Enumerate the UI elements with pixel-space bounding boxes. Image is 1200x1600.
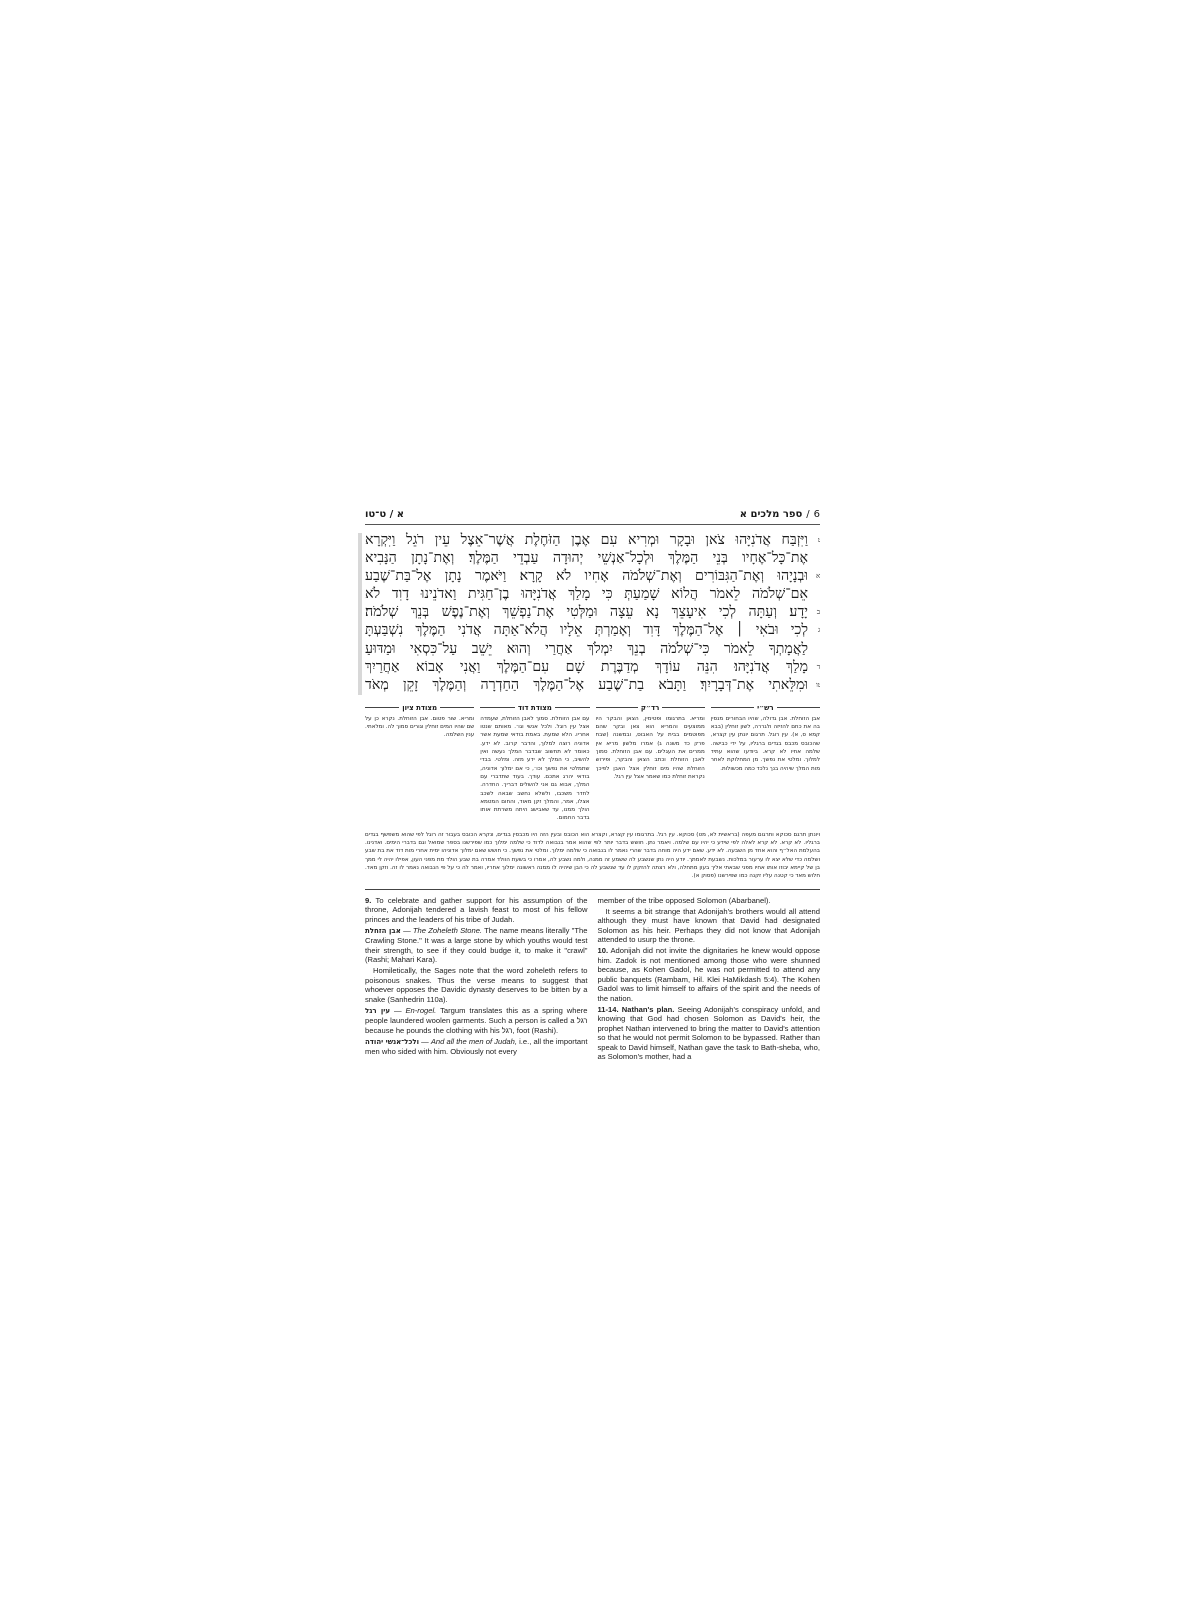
verse-text: אֶת־כָּל־אֶחָיו בְּנֵי הַמֶּלֶךְ וּלְכָל… — [365, 550, 808, 566]
verse-text: אֵם־שְׁלֹמֹה לֵאמֹר הֲלוֹא שָׁמַעַתְּ כִ… — [365, 586, 808, 602]
margin-bar — [358, 533, 362, 695]
verse-text: לַאֲמָתְךָ לֵאמֹר כִּי־שְׁלֹמֹה בְנֵךְ י… — [365, 641, 808, 657]
english-commentary: 9. To celebrate and gather support for h… — [365, 896, 820, 1064]
separator: / — [806, 509, 809, 520]
verse-line: יאֶת־כָּל־אֶחָיו בְּנֵי הַמֶּלֶךְ וּלְכָ… — [365, 549, 820, 567]
radak-commentary: ומריא. בתרגומו ופטימין, הצאן והבקר היו מ… — [596, 715, 705, 829]
radak-continuation: ויונתן תרגם סכוקא ותרגום מעפה (בראשית לא… — [365, 831, 820, 881]
note-11-14: 11-14. Nathan's plan. Seeing Adonijah's … — [598, 1005, 821, 1062]
chapter-verse-ref: א / ט־טו — [365, 509, 404, 520]
verse-number: טו — [816, 676, 820, 694]
verse-text: וּבְנָיָהוּ וְאֶת־הַגִּבּוֹרִים וְאֶת־שְ… — [365, 568, 808, 584]
note-men-of-judah: ולכל־אנשי יהודה — And all the men of Jud… — [365, 1037, 588, 1057]
book-title: ספר מלכים א — [740, 509, 803, 520]
note-homiletic: Homiletically, the Sages note that the w… — [365, 966, 588, 1004]
verse-text: מָלַךְ אֲדֹנִיָּהוּ׃ הִנֵּה עוֹדָךְ מְדַ… — [365, 659, 808, 675]
heading-radak: רד״ק — [596, 704, 705, 712]
verse-line: טוַיִּזְבַּח אֲדֹנִיָּהוּ צֹאן וּבָקָר ו… — [365, 531, 820, 549]
note-en-rogel: עין רגל — En-rogel. Targum translates th… — [365, 1006, 588, 1036]
heading-metzudat-david: מצודת דוד — [480, 704, 589, 712]
verse-text: יָדָע׃ וְעַתָּה לְכִי אִיעָצֵךְ נָא עֵצָ… — [365, 604, 808, 620]
book-page: א / ט־טו 6 / ספר מלכים א טוַיִּזְבַּח אֲ… — [365, 500, 820, 1063]
divider — [365, 889, 820, 890]
verse-line: יביָדָע׃ וְעַתָּה לְכִי אִיעָצֵךְ נָא עֵ… — [365, 603, 820, 621]
verse-number: יד — [817, 658, 820, 676]
note-10: 10. Adonijah did not invite the dignitar… — [598, 946, 821, 1003]
verse-range: ט־טו — [365, 509, 386, 520]
verse-text: וּמִלֵּאתִי אֶת־דְּבָרָיִךְ׃ וַתָּבֹא בַ… — [365, 677, 808, 693]
note-continuation: member of the tribe opposed Solomon (Aba… — [598, 896, 821, 906]
metzudat-david-commentary: עם אבן הזוחלת. סמוך לאבן הזוחלת, שעמדה א… — [480, 715, 589, 829]
verse-number: יב — [817, 603, 820, 621]
heading-rashi: רש״י — [711, 704, 820, 712]
verse-number: ט — [818, 531, 820, 549]
note-zoheleth: אבן הזחלת — The Zoheleth Stone. The name… — [365, 926, 588, 965]
running-head: א / ט־טו 6 / ספר מלכים א — [365, 500, 820, 525]
verse-line: אֵם־שְׁלֹמֹה לֵאמֹר הֲלוֹא שָׁמַעַתְּ כִ… — [365, 585, 820, 603]
page-title: 6 / ספר מלכים א — [740, 509, 820, 520]
scripture-text: טוַיִּזְבַּח אֲדֹנִיָּהוּ צֹאן וּבָקָר ו… — [365, 531, 820, 694]
heading-metzudat-tzion: מצודת ציון — [365, 704, 474, 712]
page-number: 6 — [814, 509, 820, 520]
verse-line: יאוּבְנָיָהוּ וְאֶת־הַגִּבּוֹרִים וְאֶת־… — [365, 567, 820, 585]
commentary-headings: רש״י רד״ק מצודת דוד מצודת ציון — [365, 704, 820, 712]
verse-number: יא — [816, 567, 820, 585]
rashi-commentary: אבן הזוחלת. אבן גדולה, שהיו הבחורים מנסי… — [711, 715, 820, 829]
verse-line: ידמָלַךְ אֲדֹנִיָּהוּ׃ הִנֵּה עוֹדָךְ מְ… — [365, 658, 820, 676]
verse-text: לְכִי וּבֹאִי ׀ אֶל־הַמֶּלֶךְ דָּוִד וְא… — [365, 622, 808, 638]
english-column-2: member of the tribe opposed Solomon (Aba… — [598, 896, 821, 1064]
note-9: 9. To celebrate and gather support for h… — [365, 896, 588, 925]
verse-line: יגלְכִי וּבֹאִי ׀ אֶל־הַמֶּלֶךְ דָּוִד ו… — [365, 621, 820, 639]
note-brothers: It seems a bit strange that Adonijah's b… — [598, 907, 821, 945]
verse-text: וַיִּזְבַּח אֲדֹנִיָּהוּ צֹאן וּבָקָר וּ… — [365, 532, 808, 548]
verse-line: לַאֲמָתְךָ לֵאמֹר כִּי־שְׁלֹמֹה בְנֵךְ י… — [365, 640, 820, 658]
chapter-ref: א — [397, 509, 404, 520]
metzudat-tzion-commentary: ומריא. שור פטום. אבן הזוחלת. נקרא כן על … — [365, 715, 474, 829]
english-column-1: 9. To celebrate and gather support for h… — [365, 896, 588, 1064]
verse-line: טווּמִלֵּאתִי אֶת־דְּבָרָיִךְ׃ וַתָּבֹא … — [365, 676, 820, 694]
commentary-columns: אבן הזוחלת. אבן גדולה, שהיו הבחורים מנסי… — [365, 715, 820, 829]
verse-number: יג — [818, 621, 820, 639]
